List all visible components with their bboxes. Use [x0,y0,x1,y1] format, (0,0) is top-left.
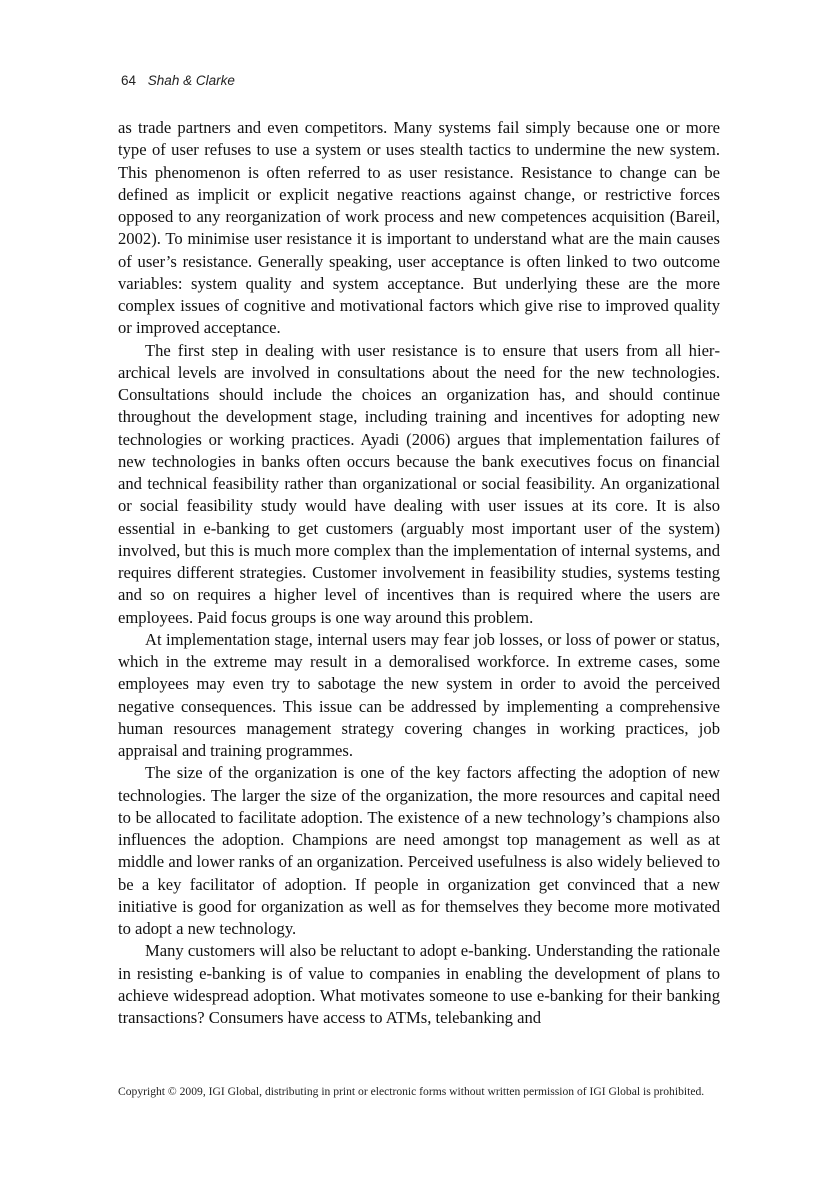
paragraph-3: At implementation stage, internal users … [118,629,720,763]
paragraph-4: The size of the organization is one of t… [118,762,720,940]
running-head-authors: Shah & Clarke [148,73,235,88]
body-text: as trade partners and even competitors. … [118,117,720,1029]
page-number: 64 [121,73,136,88]
paragraph-1: as trade partners and even competitors. … [118,117,720,340]
paragraph-2: The first step in dealing with user resi… [118,340,720,629]
running-head: 64 Shah & Clarke [121,73,235,88]
copyright-footer: Copyright © 2009, IGI Global, distributi… [118,1084,722,1100]
paragraph-5: Many customers will also be reluctant to… [118,940,720,1029]
document-page: 64 Shah & Clarke as trade partners and e… [0,0,840,1200]
